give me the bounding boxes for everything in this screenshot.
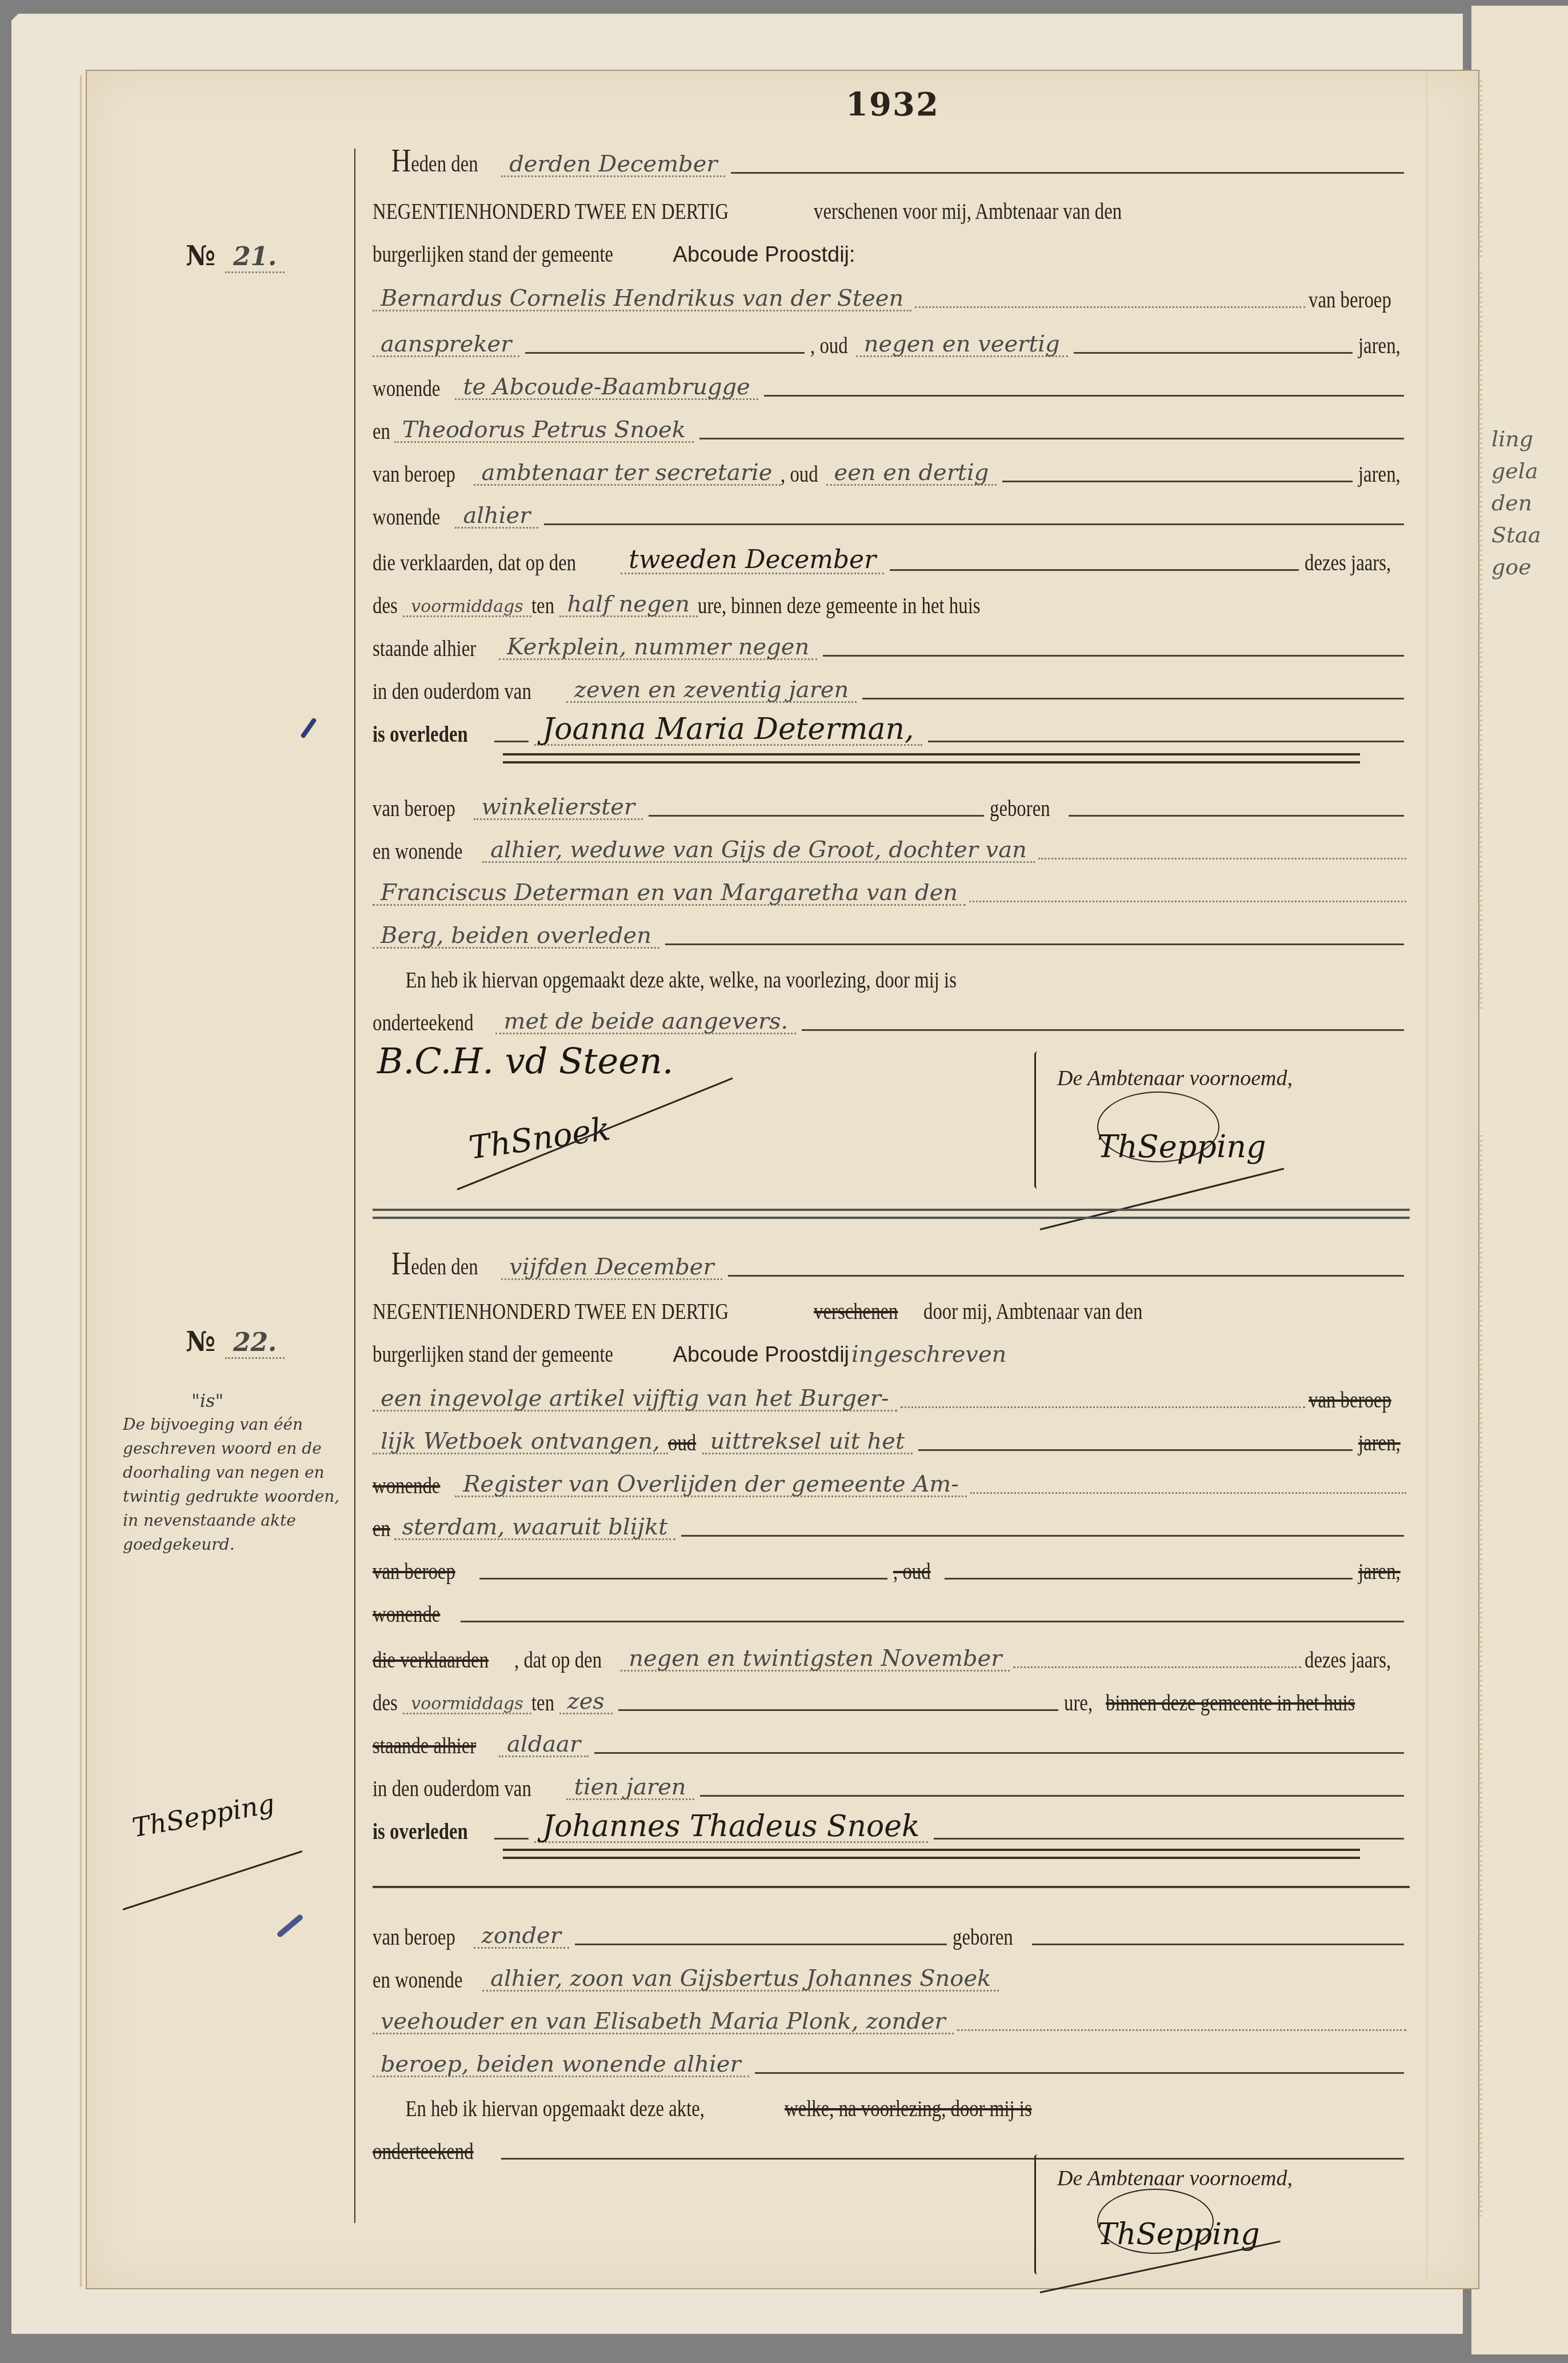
declarant2-occupation: ambtenaar ter secretarie bbox=[474, 461, 781, 486]
act22-line-death-date: die verklaarden, dat op den negen en twi… bbox=[373, 1632, 1410, 1672]
official-signature: ThSepping bbox=[1097, 1129, 1266, 1165]
act22-line-struck-beroep: van beroep , oud jaren, bbox=[373, 1543, 1410, 1583]
death-time: zes bbox=[559, 1690, 613, 1714]
act22-line-place: staande alhier aldaar bbox=[373, 1717, 1410, 1757]
death-date: tweeden December bbox=[621, 547, 884, 574]
act22-line-date: Heden den vijfden December bbox=[373, 1240, 1410, 1280]
act22-line-written-1: een ingevolge artikel vijftig van het Bu… bbox=[373, 1372, 1410, 1412]
act-number-22: № 22. bbox=[186, 1326, 285, 1358]
act22-line-time: des voormiddags ten zes ure, binnen deze… bbox=[373, 1674, 1410, 1714]
deceased-name-underline bbox=[503, 753, 1360, 763]
declarant2-residence: alhier bbox=[455, 504, 538, 529]
act-separator bbox=[373, 1209, 1410, 1219]
death-time: half negen bbox=[559, 593, 698, 617]
municipality-name: Abcoude Proostdij: bbox=[673, 244, 855, 266]
official-label: De Ambtenaar voornoemd, bbox=[1057, 1066, 1293, 1091]
act21-line-address: staande alhier Kerkplein, nummer negen bbox=[373, 620, 1410, 660]
margin-approval-note: "is" De bijvoeging van één geschreven wo… bbox=[123, 1389, 340, 1557]
deceased-occupation: zonder bbox=[474, 1924, 569, 1949]
act22-line-gemeente: burgerlijken stand der gemeente Abcoude … bbox=[373, 1326, 1410, 1366]
act22-line-residence-2: veehouder en van Elisabeth Maria Plonk, … bbox=[373, 1994, 1410, 2034]
act22-line-closing: En heb ik hiervan opgemaakt deze akte, w… bbox=[373, 2080, 1410, 2120]
act21-line-deceased: is overleden Joanna Maria Determan, bbox=[373, 706, 1410, 746]
act21-line-residence-2: Franciscus Determan en van Margaretha va… bbox=[373, 866, 1410, 906]
act21-line-residence2: wonende alhier bbox=[373, 489, 1410, 529]
act21-line-date: Heden den derden December bbox=[373, 137, 1410, 177]
age-at-death: tien jaren bbox=[566, 1776, 694, 1800]
act21-line-signed: onderteekend met de beide aangevers. bbox=[373, 994, 1410, 1034]
official-brace bbox=[1034, 1051, 1041, 1189]
act22-line-written-2: lijk Wetboek ontvangen, oud uittreksel u… bbox=[373, 1414, 1410, 1454]
act22-line-struck-wonende: wonende bbox=[373, 1586, 1410, 1626]
act22-line-signed: onderteekend bbox=[373, 2123, 1410, 2163]
act21-line-occupation: van beroep winkelierster geboren bbox=[373, 780, 1410, 820]
act22-line-written-4: en sterdam, waaruit blijkt bbox=[373, 1500, 1410, 1540]
page-gutter bbox=[1426, 71, 1428, 2283]
act22-line-residence-3: beroep, beiden wonende alhier bbox=[373, 2037, 1410, 2077]
act21-line-death-date: die verklaarden, dat op den tweeden Dece… bbox=[373, 534, 1410, 574]
deceased-name-underline bbox=[503, 1849, 1360, 1859]
act21-line-closing: En heb ik hiervan opgemaakt deze akte, w… bbox=[373, 951, 1410, 991]
daypart: voormiddags bbox=[403, 598, 531, 617]
age-at-death: zeven en zeventig jaren bbox=[566, 678, 857, 703]
blank-rule bbox=[373, 1886, 1410, 1888]
official-brace bbox=[1034, 2154, 1041, 2274]
death-place: aldaar bbox=[499, 1733, 589, 1757]
deceased-name: Joanna Maria Determan, bbox=[534, 714, 922, 746]
declarant1-occupation: aanspreker bbox=[373, 333, 519, 357]
declarant1-residence: te Abcoude-Baambrugge bbox=[455, 375, 758, 400]
adjacent-page bbox=[1471, 6, 1568, 2354]
death-date: negen en twintigsten November bbox=[621, 1647, 1010, 1672]
act22-line-age: in den ouderdom van tien jaren bbox=[373, 1760, 1410, 1800]
act-number-21: № 21. bbox=[186, 240, 285, 272]
declarant2-name: Theodorus Petrus Snoek bbox=[394, 418, 694, 443]
act21-line-declarant1: Bernardus Cornelis Hendrikus van der Ste… bbox=[373, 271, 1410, 311]
declarant2-age: een en dertig bbox=[826, 461, 997, 486]
page-year: 1932 bbox=[846, 86, 939, 123]
adjacent-page-note: ling gela den Staa goe bbox=[1491, 423, 1541, 583]
act21-line-gemeente: burgerlijken stand der gemeente Abcoude … bbox=[373, 226, 1410, 266]
act22-line-year: NEGENTIENHONDERD TWEE EN DERTIG verschen… bbox=[373, 1283, 1410, 1323]
margin-rule bbox=[354, 149, 355, 2223]
act21-line-year: NEGENTIENHONDERD TWEE EN DERTIG verschen… bbox=[373, 183, 1410, 223]
act21-line-residence-3: Berg, beiden overleden bbox=[373, 909, 1410, 949]
act21-line-age: in den ouderdom van zeven en zeventig ja… bbox=[373, 663, 1410, 703]
act22-line-occupation: van beroep zonder geboren bbox=[373, 1909, 1410, 1949]
deceased-occupation: winkelierster bbox=[474, 795, 643, 820]
signature-declarant1: B.C.H. vd Steen. bbox=[377, 1040, 674, 1082]
act22-line-residence-1: en wonende alhier, zoon van Gijsbertus J… bbox=[373, 1952, 1410, 1992]
act21-date: derden December bbox=[501, 153, 725, 177]
act21-line-residence1: wonende te Abcoude-Baambrugge bbox=[373, 360, 1410, 400]
official-label: De Ambtenaar voornoemd, bbox=[1057, 2166, 1293, 2191]
act22-date: vijfden December bbox=[501, 1256, 722, 1280]
act21-line-time: des voormiddags ten half negen ure, binn… bbox=[373, 577, 1410, 617]
margin-note-text: De bijvoeging van één geschreven woord e… bbox=[123, 1415, 339, 1554]
act21-line-declarant2: en Theodorus Petrus Snoek bbox=[373, 403, 1410, 443]
act21-line-occupation1: aanspreker , oud negen en veertig jaren, bbox=[373, 317, 1410, 357]
official-signature: ThSepping bbox=[1097, 2217, 1260, 2252]
declarant1-name: Bernardus Cornelis Hendrikus van der Ste… bbox=[373, 287, 911, 311]
act21-line-residence-1: en wonende alhier, weduwe van Gijs de Gr… bbox=[373, 823, 1410, 863]
deceased-name: Johannes Thadeus Snoek bbox=[534, 1812, 927, 1843]
act22-line-deceased: is overleden Johannes Thadeus Snoek bbox=[373, 1803, 1410, 1843]
declarant1-age: negen en veertig bbox=[856, 333, 1068, 357]
act21-line-occupation2: van beroep ambtenaar ter secretarie , ou… bbox=[373, 446, 1410, 486]
death-address: Kerkplein, nummer negen bbox=[499, 635, 817, 660]
act22-line-written-3: wonende Register van Overlijden der geme… bbox=[373, 1457, 1410, 1497]
